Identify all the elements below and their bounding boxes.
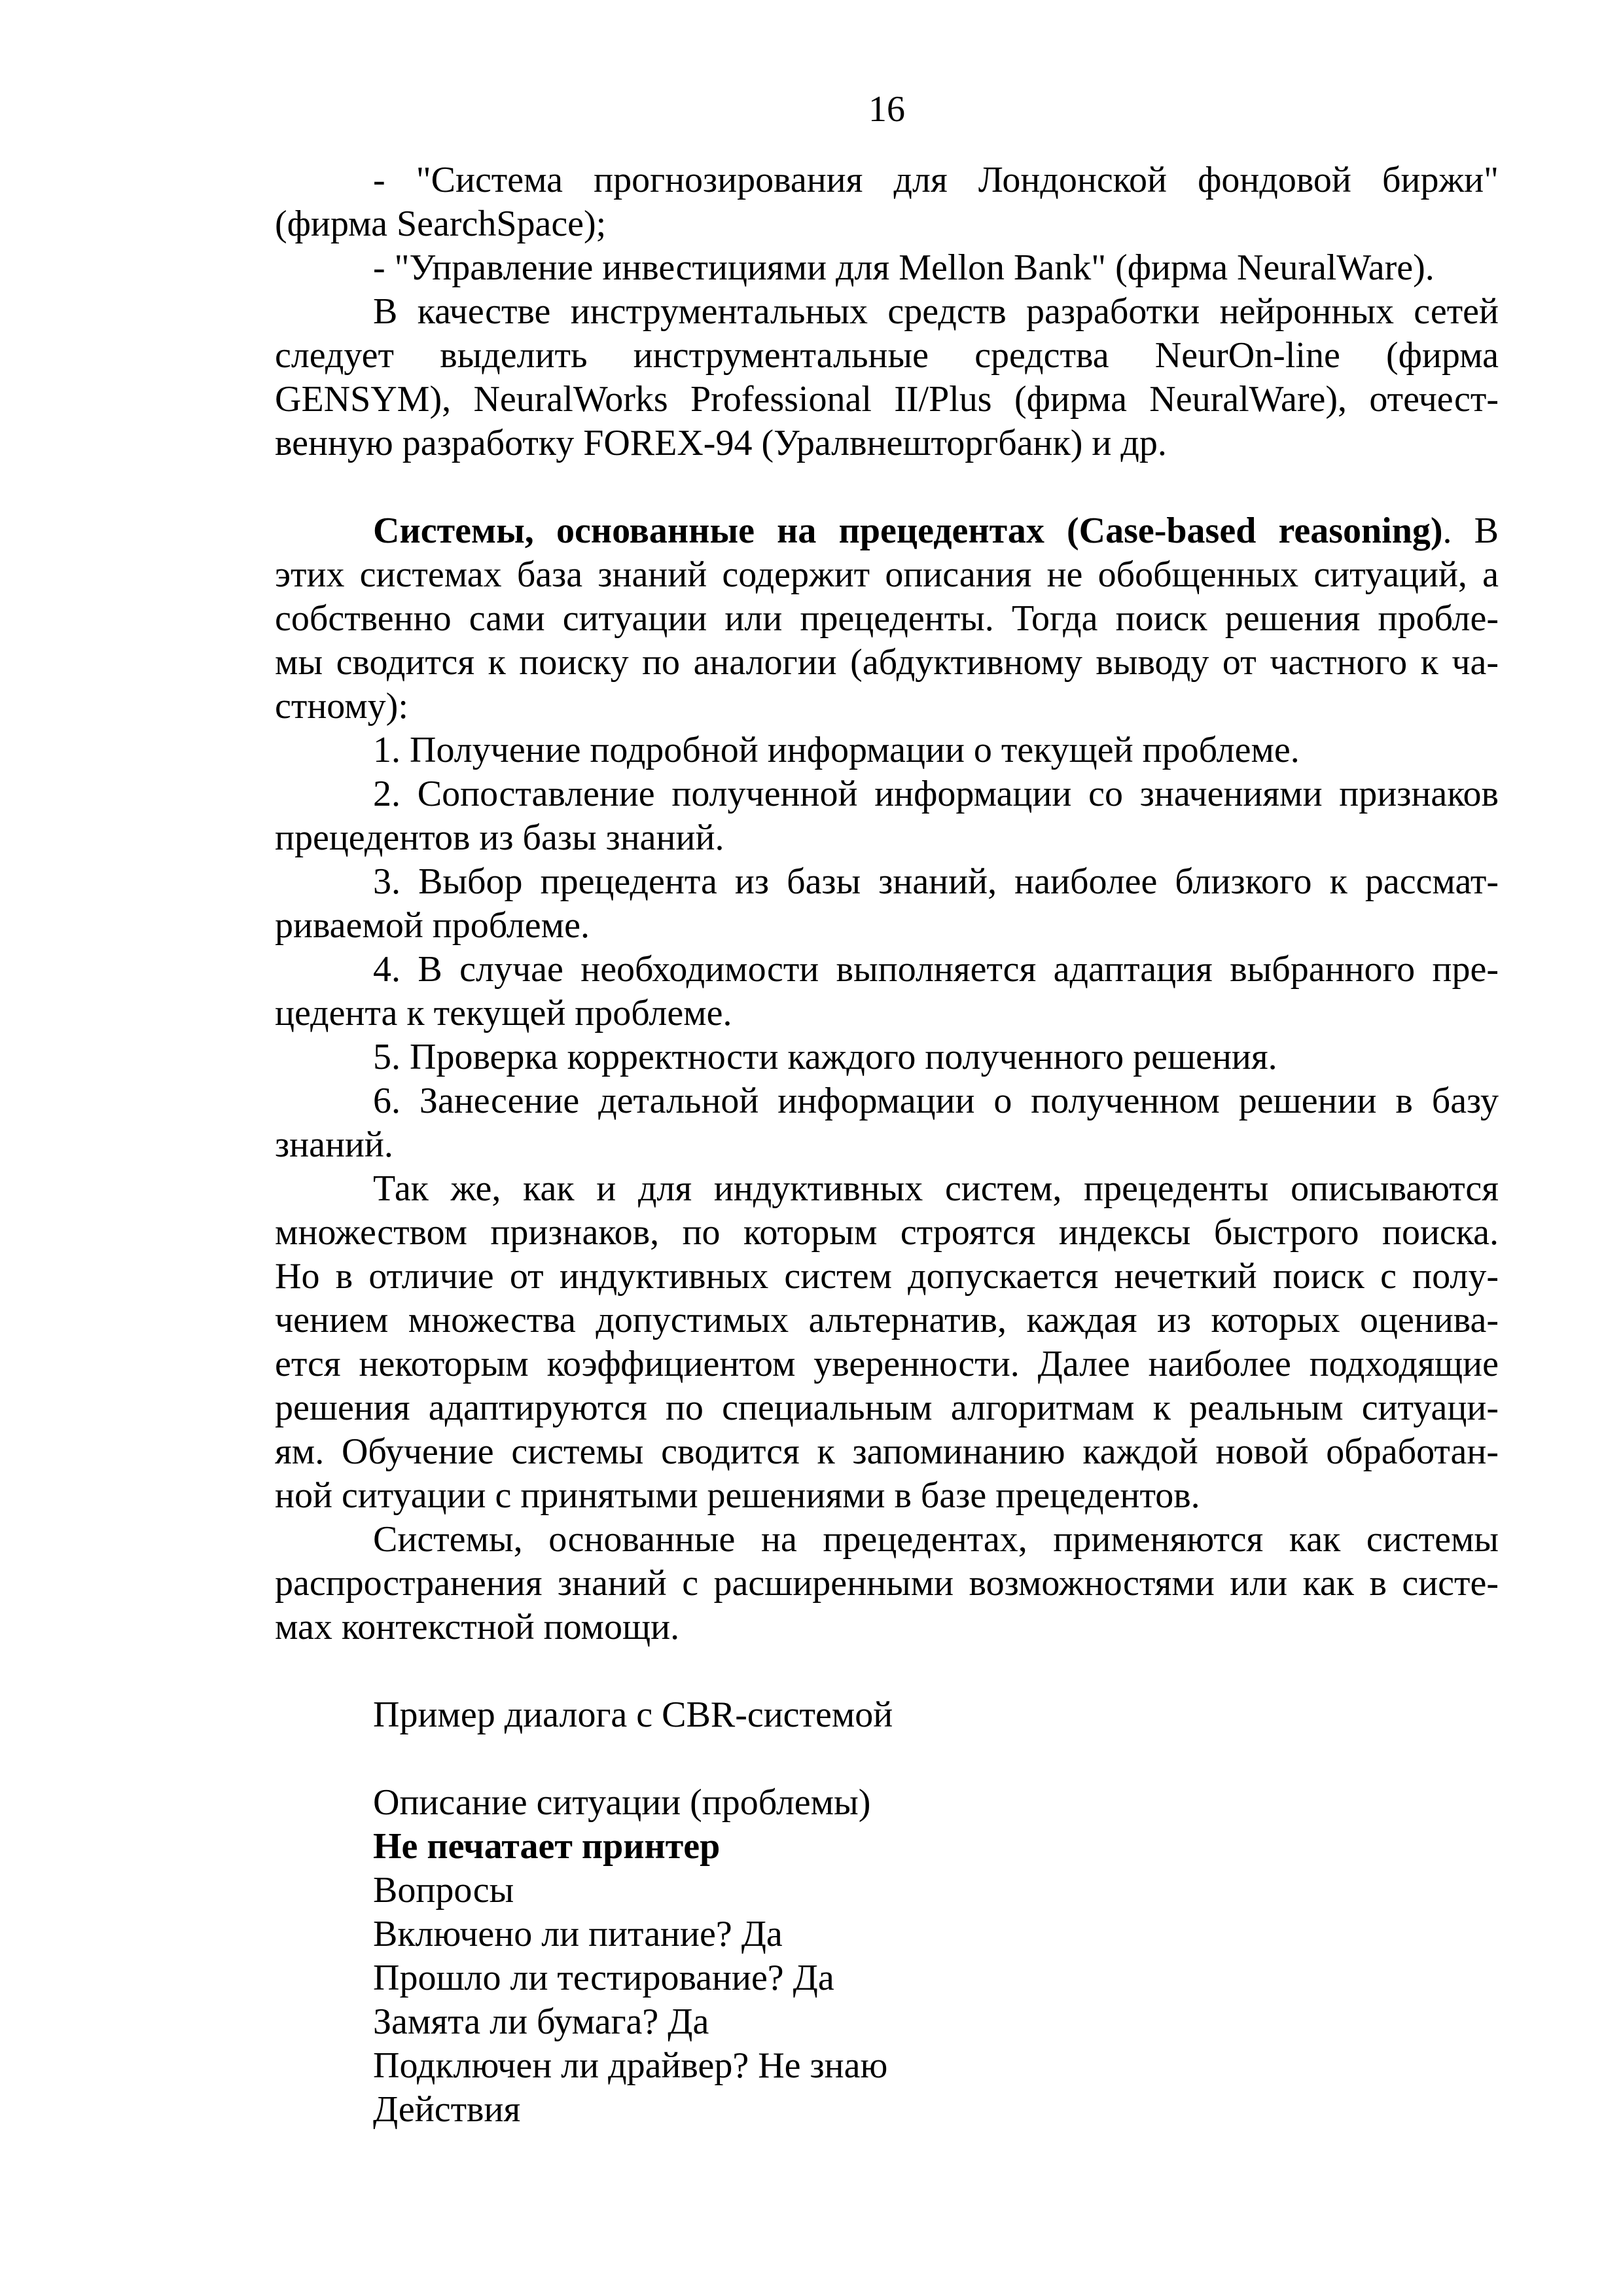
text-line: ется некоторым коэффициентом уверенности… (275, 1342, 1499, 1386)
text-line: цедента к текущей проблеме. (275, 992, 1499, 1035)
text-line: венную разработку FOREX-94 (Уралвнешторг… (275, 422, 1499, 465)
text-line: - "Система прогнозирования для Лондонско… (275, 158, 1499, 202)
text-line: Системы, основанные на прецедентах (Case… (275, 509, 1499, 553)
text-line: Действия (275, 2088, 1499, 2132)
text-line: ной ситуации с принятыми решениями в баз… (275, 1474, 1499, 1518)
text-line: (фирма SearchSpace); (275, 202, 1499, 246)
text-line: Прошло ли тестирование? Да (275, 1956, 1499, 2000)
text-span: . В (1442, 511, 1499, 551)
text-line: распространения знаний с расширенными во… (275, 1562, 1499, 1605)
text-line: Включено ли питание? Да (275, 1912, 1499, 1956)
line-spacer (275, 1737, 1499, 1781)
bold-text-span: Системы, основанные на прецедентах (Case… (373, 511, 1442, 551)
page-number: 16 (275, 88, 1499, 132)
text-line: этих системах база знаний содержит описа… (275, 553, 1499, 597)
page-body: - "Система прогнозирования для Лондонско… (275, 158, 1499, 2132)
text-line: решения адаптируются по специальным алго… (275, 1386, 1499, 1430)
text-line: Описание ситуации (проблемы) (275, 1781, 1499, 1825)
text-line: Системы, основанные на прецедентах, прим… (275, 1518, 1499, 1562)
text-line: риваемой проблеме. (275, 904, 1499, 948)
text-line: - "Управление инвестициями для Mellon Ba… (275, 246, 1499, 290)
text-line: стному): (275, 685, 1499, 728)
text-line: 1. Получение подробной информации о теку… (275, 728, 1499, 772)
text-line: ям. Обучение системы сводится к запомина… (275, 1430, 1499, 1474)
text-line: В качестве инструментальных средств разр… (275, 290, 1499, 334)
text-line: чением множества допустимых альтернатив,… (275, 1299, 1499, 1342)
text-line: следует выделить инструментальные средст… (275, 334, 1499, 378)
text-line: мах контекстной помощи. (275, 1605, 1499, 1649)
text-line: Вопросы (275, 1869, 1499, 1912)
text-line: 6. Занесение детальной информации о полу… (275, 1079, 1499, 1123)
text-line: Но в отличие от индуктивных систем допус… (275, 1255, 1499, 1299)
document-page: 16 - "Система прогнозирования для Лондон… (0, 0, 1623, 2296)
line-spacer (275, 1649, 1499, 1693)
text-line: Замята ли бумага? Да (275, 2000, 1499, 2044)
text-line: Так же, как и для индуктивных систем, пр… (275, 1167, 1499, 1211)
text-line: GENSYM), NeuralWorks Professional II/Plu… (275, 378, 1499, 422)
line-spacer (275, 465, 1499, 509)
text-line: 2. Сопоставление полученной информации с… (275, 772, 1499, 816)
text-line: множеством признаков, по которым строятс… (275, 1211, 1499, 1255)
text-line: Пример диалога с CBR-системой (275, 1693, 1499, 1737)
text-line: собственно сами ситуации или прецеденты.… (275, 597, 1499, 641)
text-line: знаний. (275, 1123, 1499, 1167)
text-line: 3. Выбор прецедента из базы знаний, наиб… (275, 860, 1499, 904)
text-line: 4. В случае необходимости выполняется ад… (275, 948, 1499, 992)
text-line: мы сводится к поиску по аналогии (абдукт… (275, 641, 1499, 685)
text-line: Подключен ли драйвер? Не знаю (275, 2044, 1499, 2088)
text-line: 5. Проверка корректности каждого получен… (275, 1035, 1499, 1079)
text-line: прецедентов из базы знаний. (275, 816, 1499, 860)
text-line: Не печатает принтер (275, 1825, 1499, 1869)
